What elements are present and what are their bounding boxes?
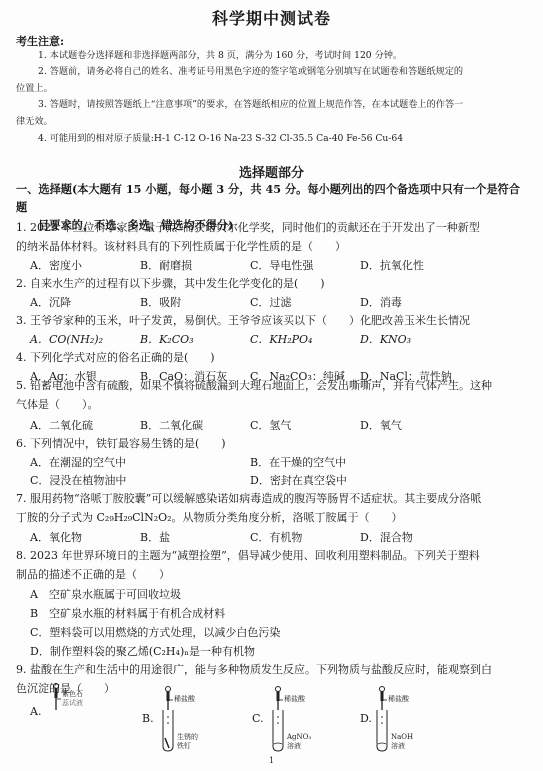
question-text: 的纳米晶体材料。该材料具有的下列性质属于化学性质的是（ ） [16, 237, 531, 256]
notice-text: 4. 可能用到的相对原子质量:H-1 C-12 O-16 Na-23 S-32 … [38, 133, 403, 144]
option-letter: D. [360, 712, 372, 725]
notice-item-3: 3. 答题时，请按照答题纸上“注意事项”的要求，在答题纸相应的位置上规范作答，在… [16, 97, 528, 112]
dropper-icon [52, 683, 62, 713]
notice-item-2: 2. 答题前，请务必将自己的姓名、准考证号用黑色字迹的签字笔或钢笔分别填写在试题… [16, 64, 528, 79]
option-a[interactable]: A 空矿泉水瓶属于可回收垃圾 [30, 586, 181, 602]
tube-label: AgNO₃ 溶液 [287, 733, 311, 751]
option-c[interactable]: C．氢气 [250, 417, 291, 433]
option-c[interactable]: C．浸没在植物油中 [30, 472, 126, 488]
question-3-options: A．CO(NH₂)₂ B．K₂CO₃ C．KH₂PO₄ D．KNO₃ [30, 331, 530, 349]
question-text: 9. 盐酸在生产和生活中的用途很广，能与多种物质发生反应。下列物质与盐酸反应时，… [16, 660, 531, 679]
notice-text: 律无效。 [16, 116, 53, 127]
option-letter: C. [252, 712, 264, 725]
option-b[interactable]: B．二氧化碳 [140, 417, 203, 433]
option-d[interactable]: D．KNO₃ [360, 331, 411, 347]
exam-page: 科学期中测试卷 考生注意: 1. 本试题卷分选择题和非选择题两部分，共 8 页，… [0, 0, 543, 771]
option-d[interactable]: D．混合物 [360, 529, 413, 545]
page-title: 科学期中测试卷 [0, 6, 543, 29]
option-letter: A. [30, 705, 41, 718]
question-8: 8. 2023 年世界环境日的主题为“减塑捡塑”，倡导减少使用、回收利用塑料制品… [16, 546, 531, 584]
question-2-options: A．沉降 B．吸附 C．过滤 D．消毒 [30, 294, 530, 312]
option-b[interactable]: B．盐 [140, 529, 170, 545]
option-b[interactable]: B．耐磨损 [140, 257, 192, 273]
option-a[interactable]: A．氧化物 [30, 529, 82, 545]
question-text: 3. 王爷爷家种的玉米，叶子发黄，易倒伏。王爷爷应该买以下（ ）化肥改善玉米生长… [16, 311, 531, 330]
dropper-label: 稀盐酸 [174, 695, 195, 704]
notice-heading: 考生注意: [16, 33, 64, 49]
question-5-options: A．二氧化硫 B．二氧化碳 C．氢气 D．氧气 [30, 417, 530, 435]
label-text: 紫色石 [62, 690, 83, 699]
label-text: 稀盐酸 [174, 695, 195, 704]
option-a[interactable]: A．二氧化硫 [30, 417, 93, 433]
option-d[interactable]: D．抗氧化性 [360, 257, 424, 273]
label-text: NaOH [391, 733, 413, 742]
option-a[interactable]: A．密度小 [30, 257, 82, 273]
option-a[interactable]: A．CO(NH₂)₂ [30, 331, 103, 347]
option-b[interactable]: B．K₂CO₃ [140, 331, 194, 347]
question-6-options-row2: C．浸没在植物油中 D．密封在真空袋中 [30, 472, 530, 490]
option-a[interactable]: A．沉降 [30, 294, 71, 310]
part-heading-line: 一、选择题(本大题有 15 小题，每小题 3 分，共 45 分。每小题列出的四个… [16, 182, 520, 214]
page-number: 1 [0, 756, 543, 765]
question-3: 3. 王爷爷家种的玉米，叶子发黄，易倒伏。王爷爷应该买以下（ ）化肥改善玉米生长… [16, 311, 531, 330]
label-text: 溶液 [391, 742, 413, 751]
dropper-label: 紫色石 蕊试液 [62, 690, 83, 708]
label-text: 铁钉 [177, 742, 198, 751]
notice-text: 1. 本试题卷分选择题和非选择题两部分，共 8 页，满分为 160 分，考试时间… [38, 50, 402, 61]
option-b[interactable]: B 空矿泉水瓶的材料属于有机合成材料 [30, 605, 225, 621]
question-text: 7. 服用药物“洛哌丁胺胶囊”可以缓解感染诺如病毒造成的腹泻等肠胃不适症状。其主… [16, 489, 531, 508]
option-c[interactable]: C．导电性强 [250, 257, 313, 273]
option-a-diagram[interactable]: A. [30, 705, 41, 718]
notice-item-4: 4. 可能用到的相对原子质量:H-1 C-12 O-16 Na-23 S-32 … [16, 131, 528, 146]
option-b[interactable]: B．吸附 [140, 294, 181, 310]
option-c-diagram[interactable]: C. [252, 712, 264, 725]
question-5: 5. 铅蓄电池中含有硫酸，如果不慎将硫酸漏到大理石地面上，会发出嘶嘶声，并有气体… [16, 376, 531, 414]
question-text: 制品的描述不正确的是（ ） [16, 565, 531, 584]
test-tube-icon [376, 710, 390, 752]
notice-text: 2. 答题前，请务必将自己的姓名、准考证号用黑色字迹的签字笔或钢笔分别填写在试题… [38, 66, 463, 77]
dropper-label: 稀盐酸 [388, 695, 409, 704]
option-b-diagram[interactable]: B. [142, 712, 154, 725]
option-b[interactable]: B．在干燥的空气中 [250, 454, 346, 470]
question-text: 1. 2023 年三位科学家因“量子点”而获诺贝尔化学奖，同时他们的贡献还在于开… [16, 218, 531, 237]
question-2: 2. 自来水生产的过程有以下步骤，其中发生化学变化的是( ) [16, 274, 531, 293]
tube-label: NaOH 溶液 [391, 733, 413, 751]
test-tube-icon [162, 710, 176, 752]
label-text: 生锈的 [177, 733, 198, 742]
question-6: 6. 下列情况中，铁钉最容易生锈的是( ) [16, 434, 531, 453]
option-c[interactable]: C．过滤 [250, 294, 291, 310]
question-text: 2. 自来水生产的过程有以下步骤，其中发生化学变化的是( ) [16, 274, 531, 293]
option-c[interactable]: C．有机物 [250, 529, 302, 545]
question-text: 4. 下列化学式对应的俗名正确的是( ) [16, 348, 531, 367]
question-1-options: A．密度小 B．耐磨损 C．导电性强 D．抗氧化性 [30, 257, 530, 275]
question-text: 5. 铅蓄电池中含有硫酸，如果不慎将硫酸漏到大理石地面上，会发出嘶嘶声，并有气体… [16, 376, 531, 395]
dropper-label: 稀盐酸 [284, 695, 305, 704]
test-tube-icon [272, 710, 286, 752]
question-text: 8. 2023 年世界环境日的主题为“减塑捡塑”，倡导减少使用、回收利用塑料制品… [16, 546, 531, 565]
notice-text: 3. 答题时，请按照答题纸上“注意事项”的要求，在答题纸相应的位置上规范作答，在… [38, 99, 463, 110]
notice-item-1: 1. 本试题卷分选择题和非选择题两部分，共 8 页，满分为 160 分，考试时间… [16, 48, 528, 63]
question-7-options: A．氧化物 B．盐 C．有机物 D．混合物 [30, 529, 530, 547]
notice-item-2-cont: 位置上。 [16, 81, 528, 96]
question-6-options-row1: A．在潮湿的空气中 B．在干燥的空气中 [30, 454, 530, 472]
question-text: 6. 下列情况中，铁钉最容易生锈的是( ) [16, 434, 531, 453]
label-text: 稀盐酸 [284, 695, 305, 704]
tube-label: 生锈的 铁钉 [177, 733, 198, 751]
label-text: 蕊试液 [62, 699, 83, 708]
option-c[interactable]: C．KH₂PO₄ [250, 331, 312, 347]
notice-item-3-cont: 律无效。 [16, 114, 528, 129]
question-text: 气体是（ ）。 [16, 395, 531, 414]
section-title: 选择题部分 [0, 162, 543, 181]
option-d[interactable]: D．氧气 [360, 417, 402, 433]
question-4: 4. 下列化学式对应的俗名正确的是( ) [16, 348, 531, 367]
option-letter: B. [142, 712, 154, 725]
label-text: 稀盐酸 [388, 695, 409, 704]
question-1: 1. 2023 年三位科学家因“量子点”而获诺贝尔化学奖，同时他们的贡献还在于开… [16, 218, 531, 256]
option-d[interactable]: D．密封在真空袋中 [250, 472, 347, 488]
label-text: 溶液 [287, 742, 311, 751]
question-7: 7. 服用药物“洛哌丁胺胶囊”可以缓解感染诺如病毒造成的腹泻等肠胃不适症状。其主… [16, 489, 531, 527]
option-d-diagram[interactable]: D. [360, 712, 372, 725]
notice-text: 位置上。 [16, 83, 53, 94]
option-c[interactable]: C．塑料袋可以用燃烧的方式处理，以减少白色污染 [30, 624, 280, 640]
option-d[interactable]: D．消毒 [360, 294, 402, 310]
question-text: 丁胺的分子式为 C₂₉H₂₉ClN₂O₂。从物质分类角度分析，洛哌丁胺属于（ ） [16, 508, 531, 527]
label-text: AgNO₃ [287, 733, 311, 742]
option-a[interactable]: A．在潮湿的空气中 [30, 454, 126, 470]
option-d[interactable]: D．制作塑料袋的聚乙烯(C₂H₄)ₙ是一种有机物 [30, 643, 255, 659]
